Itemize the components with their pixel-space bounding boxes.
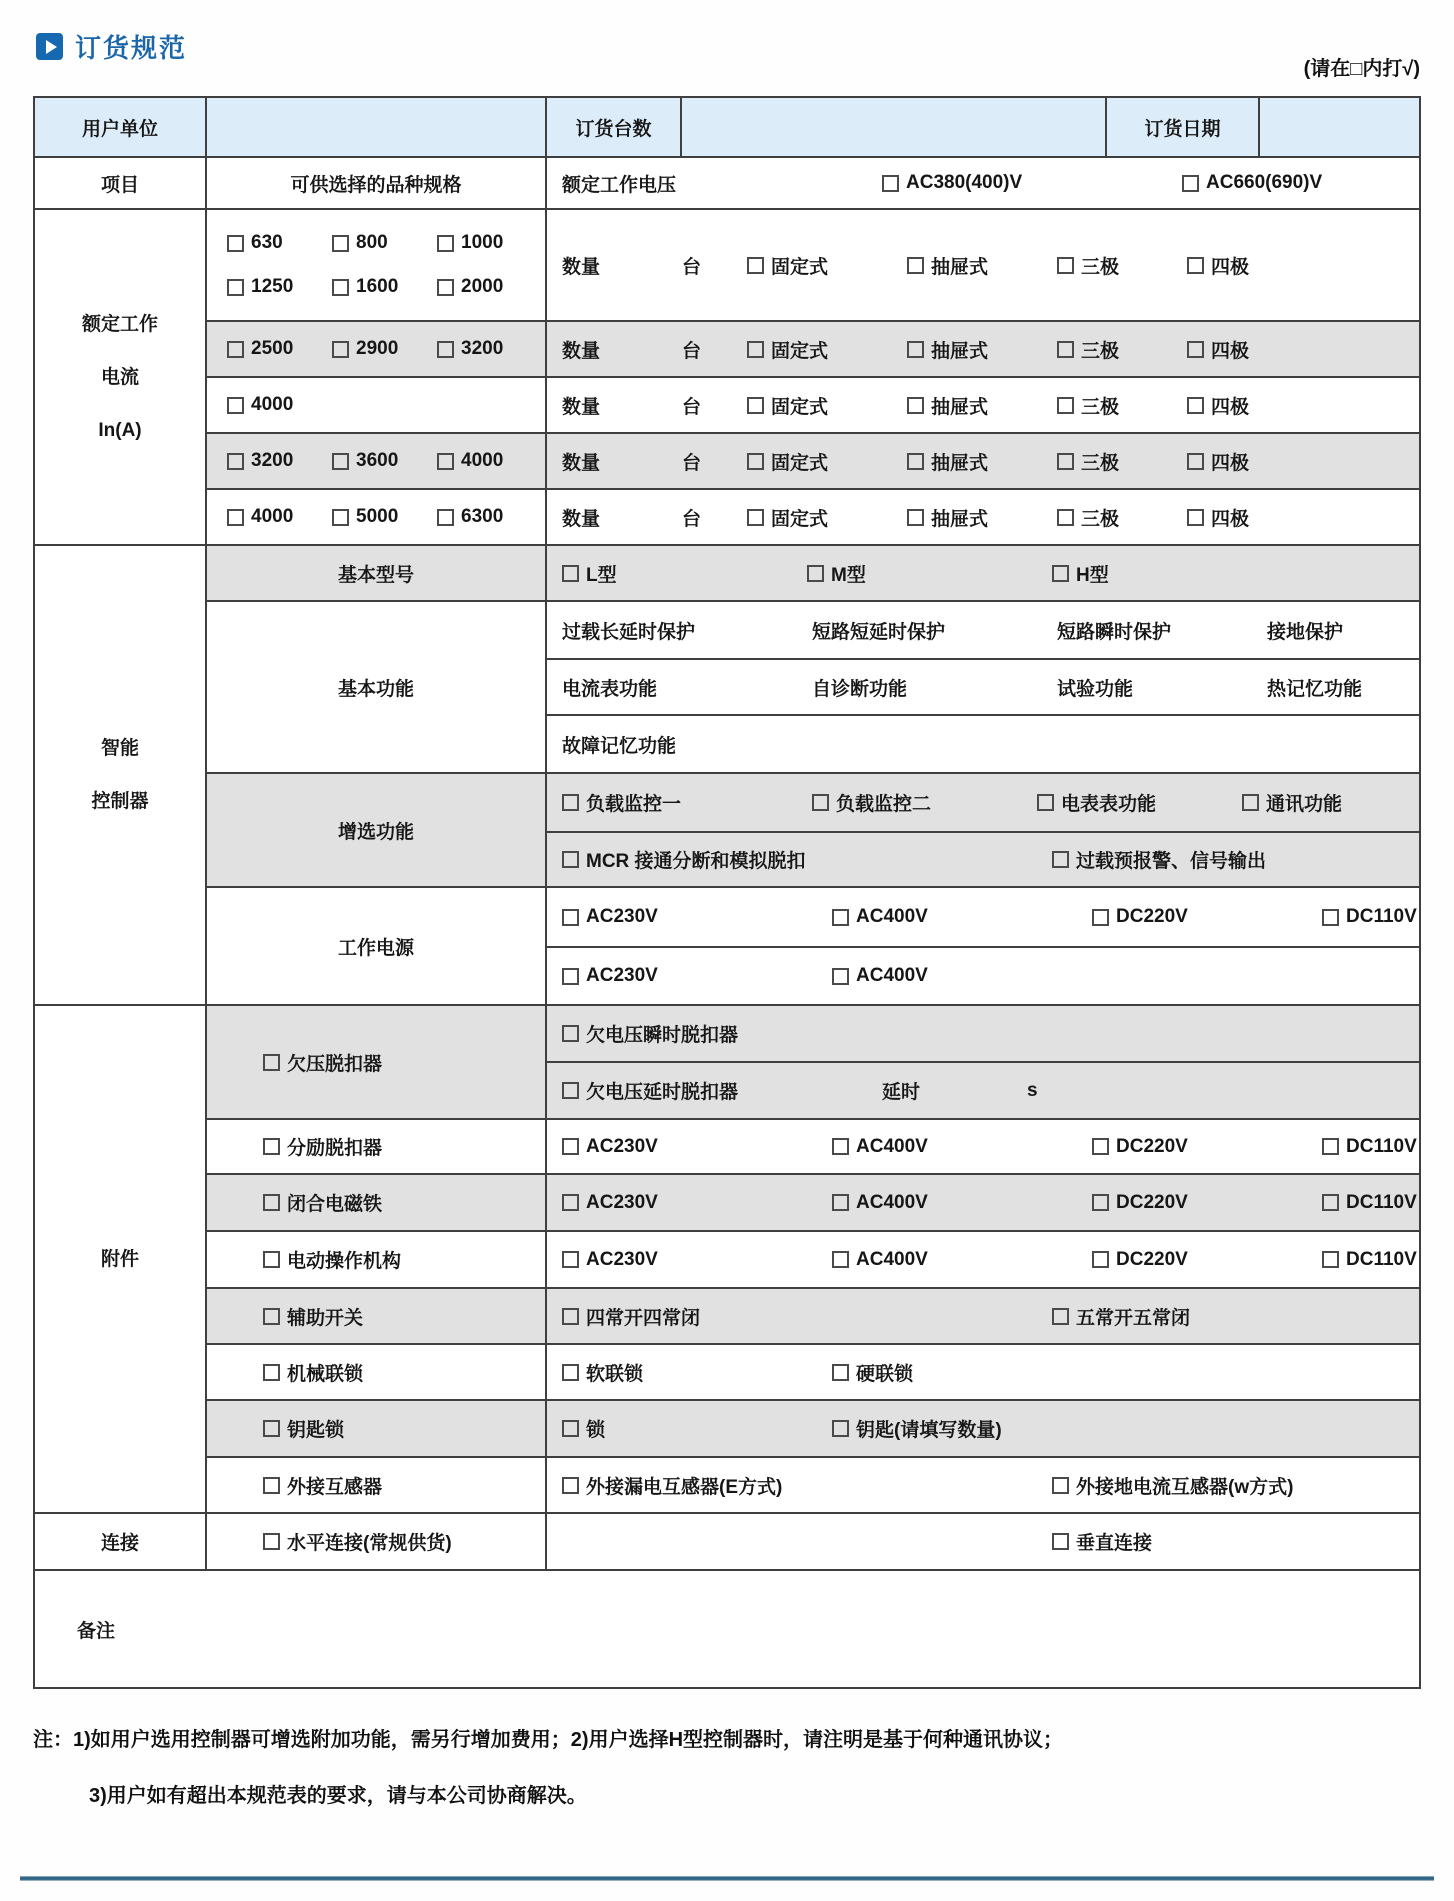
- checkbox-three-pole[interactable]: 三极: [1057, 252, 1187, 279]
- checkbox-icon: [263, 1194, 280, 1211]
- connection-label: 连接: [35, 1514, 207, 1569]
- checkbox-horizontal-connection[interactable]: 水平连接(常规供货): [263, 1528, 452, 1555]
- unit-label: 台: [682, 504, 747, 531]
- checkbox-label: 外接地电流互感器(w方式): [1076, 1472, 1293, 1499]
- checkbox-4000a[interactable]: 4000: [437, 450, 542, 472]
- checkbox-label: 外接漏电互感器(E方式): [586, 1472, 782, 1499]
- checkbox-label: AC400V: [856, 965, 928, 987]
- current-ratings-cell: 2500 2900 3200: [207, 322, 547, 376]
- checkbox-label: MCR 接通分断和模拟脱扣: [586, 846, 806, 873]
- checkbox-icon: [1187, 397, 1204, 414]
- checkbox-drawer-type[interactable]: 抽屉式: [907, 336, 1057, 363]
- checkbox-key-with-qty[interactable]: 钥匙(请填写数量): [832, 1415, 1419, 1442]
- current-config-cell: 数量 台 固定式 抽屉式 三极 四极: [547, 490, 1419, 544]
- checkbox-fixed-type[interactable]: 固定式: [747, 336, 907, 363]
- external-ct-row: 外接互感器 外接漏电互感器(E方式) 外接地电流互感器(w方式): [207, 1456, 1419, 1512]
- checkbox-icon: [227, 509, 244, 526]
- checkbox-icon: [1322, 909, 1339, 926]
- checkbox-1600a[interactable]: 1600: [332, 276, 437, 298]
- smart-controller-label-line: 智能: [101, 722, 139, 775]
- qty-label: 数量: [562, 336, 628, 363]
- qty-label: 数量: [562, 392, 628, 419]
- function-item: 短路瞬时保护: [1057, 617, 1267, 644]
- qty-label: 数量: [562, 448, 628, 475]
- checkbox-icon: [562, 1420, 579, 1437]
- checkbox-icon: [747, 341, 764, 358]
- optional-functions-label: 增选功能: [207, 774, 547, 886]
- checkbox-label: 固定式: [771, 336, 828, 363]
- checkbox-soft-interlock[interactable]: 软联锁: [562, 1359, 832, 1386]
- function-item: 热记忆功能: [1267, 674, 1419, 701]
- checkbox-ac230v[interactable]: AC230V: [562, 1192, 832, 1214]
- checkbox-icon: [1322, 1138, 1339, 1155]
- checkbox-icon: [1057, 453, 1074, 470]
- remark-label: 备注: [35, 1616, 115, 1643]
- checkbox-label: 固定式: [771, 392, 828, 419]
- external-ct-options: 外接漏电互感器(E方式) 外接地电流互感器(w方式): [547, 1458, 1419, 1512]
- checkbox-drawer-type[interactable]: 抽屉式: [907, 392, 1057, 419]
- checkbox-overload-prealarm[interactable]: 过载预报警、信号输出: [1052, 846, 1419, 873]
- user-unit-label: 用户单位: [35, 98, 207, 156]
- page: 订货规范 (请在□内打√) 用户单位 订货台数 订货日期 项目 可供选择的品种规…: [0, 0, 1454, 1901]
- checkbox-icon: [562, 565, 579, 582]
- qty-input-area[interactable]: [628, 210, 682, 320]
- checkbox-icon: [227, 341, 244, 358]
- checkbox-icon: [562, 1251, 579, 1268]
- current-config-cell: 数量 台 固定式 抽屉式 三极 四极: [547, 322, 1419, 376]
- shunt-release-row: 分励脱扣器 AC230V AC400V DC220V DC110V: [207, 1118, 1419, 1173]
- checkbox-label: 5000: [356, 506, 398, 528]
- checkbox-label: 四极: [1211, 336, 1249, 363]
- checkbox-ac400v[interactable]: AC400V: [832, 1249, 1092, 1271]
- closing-magnet-cell: 闭合电磁铁: [207, 1175, 547, 1230]
- optional-functions-row: 负载监控一 负载监控二 电表表功能 通讯功能: [547, 774, 1419, 831]
- checkbox-label: 800: [356, 232, 388, 254]
- checkbox-three-pole[interactable]: 三极: [1057, 392, 1187, 419]
- checkbox-icon: [747, 257, 764, 274]
- checkbox-label: AC380(400)V: [906, 172, 1022, 194]
- checkbox-label: 欠电压瞬时脱扣器: [586, 1020, 738, 1047]
- checkbox-5no5nc[interactable]: 五常开五常闭: [1052, 1303, 1419, 1330]
- checkbox-icon: [227, 235, 244, 252]
- checkbox-dc220v[interactable]: DC220V: [1092, 1192, 1322, 1214]
- checkbox-communication-function[interactable]: 通讯功能: [1242, 789, 1419, 816]
- checkbox-2500a[interactable]: 2500: [227, 338, 332, 360]
- motor-operator-row: 电动操作机构 AC230V AC400V DC220V DC110V: [207, 1230, 1419, 1287]
- checkbox-dc110v[interactable]: DC110V: [1322, 1249, 1419, 1271]
- aux-switch-options: 四常开四常闭 五常开五常闭: [547, 1289, 1419, 1343]
- checkbox-icon: [562, 1082, 579, 1099]
- checkbox-fixed-type[interactable]: 固定式: [747, 448, 907, 475]
- order-qty-input-cell[interactable]: [682, 98, 1107, 156]
- checkbox-fixed-type[interactable]: 固定式: [747, 392, 907, 419]
- checkbox-label: 四常开四常闭: [586, 1303, 700, 1330]
- rated-voltage-cell: 额定工作电压 AC380(400)V AC660(690)V: [547, 158, 1419, 208]
- checkbox-icon: [747, 397, 764, 414]
- checkbox-ac400v[interactable]: AC400V: [832, 906, 1092, 928]
- checkbox-label: L型: [586, 560, 617, 587]
- working-power-row: AC230V AC400V: [547, 946, 1419, 1004]
- checkbox-icon: [562, 1194, 579, 1211]
- undervoltage-subsection: 欠压脱扣器 欠电压瞬时脱扣器 欠电压延时脱扣器 延时 s: [207, 1006, 1419, 1118]
- checkbox-label: 钥匙锁: [287, 1415, 344, 1442]
- shunt-voltage-options: AC230V AC400V DC220V DC110V: [547, 1120, 1419, 1173]
- checkbox-3600a[interactable]: 3600: [332, 450, 437, 472]
- checkbox-icon: [832, 1194, 849, 1211]
- checkbox-icon: [263, 1364, 280, 1381]
- checkbox-drawer-type[interactable]: 抽屉式: [907, 252, 1057, 279]
- checkbox-icon: [832, 909, 849, 926]
- current-row: 630 800 1000 1250 1600 2000 数量 台: [207, 210, 1419, 320]
- footnotes: 注：1)如用户选用控制器可增选附加功能，需另行增加费用；2)用户选择H型控制器时…: [33, 1712, 1063, 1824]
- checkbox-fixed-type[interactable]: 固定式: [747, 252, 907, 279]
- checkbox-ac230v[interactable]: AC230V: [562, 1249, 832, 1271]
- checkbox-4000a[interactable]: 4000: [227, 506, 332, 528]
- mechanical-interlock-row: 机械联锁 软联锁 硬联锁: [207, 1343, 1419, 1399]
- rated-current-label-line: 额定工作: [82, 298, 158, 351]
- key-lock-row: 钥匙锁 锁 钥匙(请填写数量): [207, 1399, 1419, 1456]
- checkbox-four-pole[interactable]: 四极: [1187, 448, 1419, 475]
- checkbox-2900a[interactable]: 2900: [332, 338, 437, 360]
- checkbox-motor-operator[interactable]: 电动操作机构: [263, 1246, 401, 1273]
- checkbox-label: AC660(690)V: [1206, 172, 1322, 194]
- checkbox-4no4nc[interactable]: 四常开四常闭: [562, 1303, 1052, 1330]
- checkbox-icon: [1092, 909, 1109, 926]
- checkbox-label: 垂直连接: [1076, 1528, 1152, 1555]
- checkbox-load-monitor-1[interactable]: 负载监控一: [562, 789, 812, 816]
- checkbox-icon: [263, 1054, 280, 1071]
- spec-label: 可供选择的品种规格: [207, 158, 547, 208]
- checkbox-icon: [437, 509, 454, 526]
- checkbox-icon: [263, 1138, 280, 1155]
- checkbox-four-pole[interactable]: 四极: [1187, 392, 1419, 419]
- checkbox-icon: [907, 453, 924, 470]
- checkbox-label: 四极: [1211, 504, 1249, 531]
- checkbox-meter-function[interactable]: 电表表功能: [1037, 789, 1242, 816]
- current-ratings-cell: 3200 3600 4000: [207, 434, 547, 488]
- checkbox-3200a[interactable]: 3200: [227, 450, 332, 472]
- accessories-label-line: 附件: [101, 1233, 139, 1286]
- checkbox-label: 4000: [461, 450, 503, 472]
- checkbox-ac400v[interactable]: AC400V: [832, 1136, 1092, 1158]
- checkbox-label: DC110V: [1346, 1136, 1417, 1158]
- order-date-input-cell[interactable]: [1260, 98, 1419, 156]
- checkbox-three-pole[interactable]: 三极: [1057, 336, 1187, 363]
- footnote-line-1: 注：1)如用户选用控制器可增选附加功能，需另行增加费用；2)用户选择H型控制器时…: [33, 1712, 1063, 1768]
- item-label: 项目: [35, 158, 207, 208]
- checkbox-drawer-type[interactable]: 抽屉式: [907, 448, 1057, 475]
- qty-input-area[interactable]: [628, 378, 682, 432]
- checkbox-icon: [263, 1251, 280, 1268]
- checkbox-4000a[interactable]: 4000: [227, 394, 332, 416]
- optional-functions-row: MCR 接通分断和模拟脱扣 过载预报警、信号输出: [547, 831, 1419, 886]
- checkbox-label: DC220V: [1116, 1192, 1188, 1214]
- current-row: 4000 数量 台 固定式 抽屉式 三极 四极: [207, 376, 1419, 432]
- footnote-line-2: 3)用户如有超出本规范表的要求，请与本公司协商解决。: [33, 1768, 1063, 1824]
- checkbox-label: DC110V: [1346, 1249, 1417, 1271]
- checkbox-label: 3200: [461, 338, 503, 360]
- checkbox-label: AC230V: [586, 906, 658, 928]
- checkbox-label: 负载监控二: [836, 789, 931, 816]
- checkbox-label: 1250: [251, 276, 293, 298]
- basic-functions-subsection: 基本功能 过载长延时保护 短路短延时保护 短路瞬时保护 接地保护 电流表功能 自…: [207, 600, 1419, 772]
- current-config-cell: 数量 台 固定式 抽屉式 三极 四极: [547, 378, 1419, 432]
- checkbox-icon: [907, 257, 924, 274]
- accessories-section: 附件 欠压脱扣器 欠电压瞬时脱扣器 欠电压延时脱扣器 延时: [35, 1004, 1419, 1512]
- checkbox-ac660-690v[interactable]: AC660(690)V: [1182, 172, 1419, 194]
- checkbox-label: AC230V: [586, 1136, 658, 1158]
- checkbox-label: AC400V: [856, 1192, 928, 1214]
- checkbox-dc220v[interactable]: DC220V: [1092, 1136, 1322, 1158]
- basic-model-label: 基本型号: [207, 546, 547, 600]
- checkbox-icon: [332, 341, 349, 358]
- checkbox-undervoltage-release[interactable]: 欠压脱扣器: [263, 1049, 382, 1076]
- checkbox-mcr-function[interactable]: MCR 接通分断和模拟脱扣: [562, 846, 1052, 873]
- checkbox-label: 三极: [1081, 252, 1119, 279]
- checkbox-icon: [227, 453, 244, 470]
- checkbox-ac400v[interactable]: AC400V: [832, 1192, 1092, 1214]
- checkbox-label: 欠压脱扣器: [287, 1049, 382, 1076]
- checkbox-dc220v[interactable]: DC220V: [1092, 906, 1322, 928]
- checkbox-icon: [263, 1533, 280, 1550]
- checkbox-three-pole[interactable]: 三极: [1057, 504, 1187, 531]
- checkbox-label: 1000: [461, 232, 503, 254]
- unit-label: 台: [682, 392, 747, 419]
- qty-input-area[interactable]: [628, 434, 682, 488]
- checkbox-external-ct[interactable]: 外接互感器: [263, 1472, 382, 1499]
- checkbox-label: DC110V: [1346, 906, 1417, 928]
- checkbox-label: 分励脱扣器: [287, 1133, 382, 1160]
- current-ratings-cell: 4000 5000 6300: [207, 490, 547, 544]
- basic-model-options: L型 M型 H型: [547, 546, 1419, 600]
- checkbox-label: 闭合电磁铁: [287, 1189, 382, 1216]
- checkbox-label: 辅助开关: [287, 1303, 363, 1330]
- checkbox-four-pole[interactable]: 四极: [1187, 252, 1419, 279]
- checkbox-icon: [1052, 565, 1069, 582]
- aux-switch-cell: 辅助开关: [207, 1289, 547, 1343]
- checkbox-2000a[interactable]: 2000: [437, 276, 542, 298]
- checkbox-label: 抽屉式: [931, 504, 988, 531]
- play-triangle-icon: [46, 40, 57, 54]
- checkbox-800a[interactable]: 800: [332, 232, 437, 254]
- checkbox-leakage-ct-e[interactable]: 外接漏电互感器(E方式): [562, 1472, 1052, 1499]
- checkbox-icon: [1322, 1194, 1339, 1211]
- checkbox-icon: [332, 235, 349, 252]
- unit-label: 台: [682, 252, 747, 279]
- checkbox-drawer-type[interactable]: 抽屉式: [907, 504, 1057, 531]
- checkbox-icon: [1052, 1308, 1069, 1325]
- checkbox-key-lock[interactable]: 钥匙锁: [263, 1415, 344, 1442]
- working-power-subsection: 工作电源 AC230V AC400V DC220V DC110V AC230V …: [207, 886, 1419, 1004]
- checkbox-undervoltage-instantaneous[interactable]: 欠电压瞬时脱扣器: [562, 1020, 1052, 1047]
- checkbox-label: AC230V: [586, 1249, 658, 1271]
- checkbox-ac400v[interactable]: AC400V: [832, 965, 1092, 987]
- checkbox-undervoltage-delay[interactable]: 欠电压延时脱扣器: [562, 1077, 882, 1104]
- smart-controller-label: 智能 控制器: [35, 546, 207, 1004]
- checkbox-vertical-connection[interactable]: 垂直连接: [1052, 1528, 1152, 1555]
- checkbox-three-pole[interactable]: 三极: [1057, 448, 1187, 475]
- checkbox-label: AC400V: [856, 906, 928, 928]
- checkbox-630a[interactable]: 630: [227, 232, 332, 254]
- shunt-release-cell: 分励脱扣器: [207, 1120, 547, 1173]
- checkbox-ac230v[interactable]: AC230V: [562, 965, 832, 987]
- checkbox-shunt-release[interactable]: 分励脱扣器: [263, 1133, 382, 1160]
- checkbox-load-monitor-2[interactable]: 负载监控二: [812, 789, 1037, 816]
- checkbox-ac380-400v[interactable]: AC380(400)V: [882, 172, 1182, 194]
- basic-functions-label: 基本功能: [207, 602, 547, 772]
- order-form-table: 用户单位 订货台数 订货日期 项目 可供选择的品种规格 额定工作电压 AC380…: [33, 96, 1421, 1689]
- checkbox-label: 负载监控一: [586, 789, 681, 816]
- checkbox-1250a[interactable]: 1250: [227, 276, 332, 298]
- qty-input-area[interactable]: [628, 322, 682, 376]
- checkbox-icon: [562, 1477, 579, 1494]
- checkbox-four-pole[interactable]: 四极: [1187, 336, 1419, 363]
- checkbox-icon: [1052, 1477, 1069, 1494]
- checkbox-label: 钥匙(请填写数量): [856, 1415, 1002, 1442]
- checkbox-fixed-type[interactable]: 固定式: [747, 504, 907, 531]
- checkbox-icon: [907, 397, 924, 414]
- checkbox-icon: [562, 1025, 579, 1042]
- qty-label: 数量: [562, 504, 628, 531]
- checkbox-icon: [437, 453, 454, 470]
- checkbox-icon: [1092, 1138, 1109, 1155]
- basic-functions-row: 电流表功能 自诊断功能 试验功能 热记忆功能: [547, 658, 1419, 714]
- checkbox-icon: [263, 1477, 280, 1494]
- checkbox-icon: [437, 279, 454, 296]
- rated-voltage-label: 额定工作电压: [562, 170, 882, 197]
- key-lock-cell: 钥匙锁: [207, 1401, 547, 1456]
- remark-input-area[interactable]: [115, 1571, 1419, 1687]
- checkbox-3200a[interactable]: 3200: [437, 338, 542, 360]
- accessories-label: 附件: [35, 1006, 207, 1512]
- vertical-connection-cell: 垂直连接: [547, 1514, 1419, 1569]
- checkbox-icon: [1092, 1251, 1109, 1268]
- checkbox-ac230v[interactable]: AC230V: [562, 906, 832, 928]
- current-config-cell: 数量 台 固定式 抽屉式 三极 四极: [547, 434, 1419, 488]
- checkbox-icon: [1037, 794, 1054, 811]
- user-unit-input-cell[interactable]: [207, 98, 547, 156]
- checkbox-icon: [1322, 1251, 1339, 1268]
- undervoltage-row: 欠电压瞬时脱扣器: [547, 1006, 1419, 1061]
- checkbox-label: AC400V: [856, 1136, 928, 1158]
- checkbox-icon: [332, 279, 349, 296]
- checkbox-aux-switch[interactable]: 辅助开关: [263, 1303, 363, 1330]
- qty-input-area[interactable]: [628, 490, 682, 544]
- checkbox-lock[interactable]: 锁: [562, 1415, 832, 1442]
- title-bar: 订货规范: [36, 28, 187, 65]
- checkbox-icon: [832, 1138, 849, 1155]
- checkbox-ground-ct-w[interactable]: 外接地电流互感器(w方式): [1052, 1472, 1419, 1499]
- checkbox-icon: [832, 1364, 849, 1381]
- checkbox-dc110v[interactable]: DC110V: [1322, 906, 1419, 928]
- checkbox-h-type[interactable]: H型: [1052, 560, 1419, 587]
- checkbox-label: 锁: [586, 1415, 605, 1442]
- checkbox-icon: [1187, 257, 1204, 274]
- tick-instruction: (请在□内打√): [1304, 52, 1420, 81]
- checkbox-label: 1600: [356, 276, 398, 298]
- motor-operator-cell: 电动操作机构: [207, 1232, 547, 1287]
- checkbox-icon: [437, 235, 454, 252]
- checkbox-label: 三极: [1081, 392, 1119, 419]
- checkbox-l-type[interactable]: L型: [562, 560, 807, 587]
- checkbox-icon: [832, 968, 849, 985]
- checkbox-dc110v[interactable]: DC110V: [1322, 1192, 1419, 1214]
- checkbox-icon: [1057, 509, 1074, 526]
- function-item: 过载长延时保护: [562, 617, 812, 644]
- checkbox-label: AC230V: [586, 1192, 658, 1214]
- section-marker-icon: [36, 33, 63, 60]
- checkbox-1000a[interactable]: 1000: [437, 232, 542, 254]
- checkbox-label: DC220V: [1116, 1249, 1188, 1271]
- checkbox-label: H型: [1076, 560, 1109, 587]
- checkbox-icon: [1057, 341, 1074, 358]
- basic-functions-row: 过载长延时保护 短路短延时保护 短路瞬时保护 接地保护: [547, 602, 1419, 658]
- current-ratings-cell: 630 800 1000 1250 1600 2000: [207, 210, 547, 320]
- checkbox-mechanical-interlock[interactable]: 机械联锁: [263, 1359, 363, 1386]
- checkbox-icon: [562, 794, 579, 811]
- checkbox-label: 软联锁: [586, 1359, 643, 1386]
- checkbox-icon: [562, 909, 579, 926]
- checkbox-icon: [907, 509, 924, 526]
- checkbox-dc110v[interactable]: DC110V: [1322, 1136, 1419, 1158]
- connection-row: 连接 水平连接(常规供货) 垂直连接: [35, 1512, 1419, 1569]
- checkbox-label: 6300: [461, 506, 503, 528]
- header-row: 用户单位 订货台数 订货日期: [35, 98, 1419, 156]
- remark-row: 备注: [35, 1569, 1419, 1687]
- external-ct-cell: 外接互感器: [207, 1458, 547, 1512]
- checkbox-m-type[interactable]: M型: [807, 560, 1052, 587]
- checkbox-label: 3600: [356, 450, 398, 472]
- checkbox-icon: [1057, 397, 1074, 414]
- basic-functions-row: 故障记忆功能: [547, 714, 1419, 772]
- checkbox-label: 水平连接(常规供货): [287, 1528, 452, 1555]
- checkbox-icon: [437, 341, 454, 358]
- rated-current-label-line: In(A): [98, 404, 141, 457]
- checkbox-label: 四极: [1211, 448, 1249, 475]
- checkbox-icon: [1187, 509, 1204, 526]
- checkbox-icon: [227, 397, 244, 414]
- checkbox-label: 抽屉式: [931, 448, 988, 475]
- delay-unit-label: s: [1027, 1080, 1419, 1102]
- bottom-rule: [20, 1876, 1434, 1881]
- checkbox-5000a[interactable]: 5000: [332, 506, 437, 528]
- function-item: 电流表功能: [562, 674, 812, 701]
- optional-functions-subsection: 增选功能 负载监控一 负载监控二 电表表功能 通讯功能 MCR 接通分断和模拟脱…: [207, 772, 1419, 886]
- checkbox-label: 通讯功能: [1266, 789, 1342, 816]
- smart-controller-section: 智能 控制器 基本型号 L型 M型 H型 基本功能: [35, 544, 1419, 1004]
- checkbox-icon: [562, 1364, 579, 1381]
- checkbox-four-pole[interactable]: 四极: [1187, 504, 1419, 531]
- checkbox-label: 三极: [1081, 504, 1119, 531]
- checkbox-label: DC110V: [1346, 1192, 1417, 1214]
- order-date-label: 订货日期: [1107, 98, 1260, 156]
- horizontal-connection-cell: 水平连接(常规供货): [207, 1514, 547, 1569]
- checkbox-icon: [1187, 341, 1204, 358]
- checkbox-closing-electromagnet[interactable]: 闭合电磁铁: [263, 1189, 382, 1216]
- checkbox-6300a[interactable]: 6300: [437, 506, 542, 528]
- checkbox-icon: [1242, 794, 1259, 811]
- checkbox-label: 630: [251, 232, 283, 254]
- unit-label: 台: [682, 336, 747, 363]
- function-item: 自诊断功能: [812, 674, 1057, 701]
- checkbox-icon: [562, 968, 579, 985]
- checkbox-ac230v[interactable]: AC230V: [562, 1136, 832, 1158]
- checkbox-hard-interlock[interactable]: 硬联锁: [832, 1359, 1419, 1386]
- checkbox-icon: [562, 851, 579, 868]
- checkbox-icon: [332, 453, 349, 470]
- rated-current-label-line: 电流: [101, 351, 139, 404]
- checkbox-dc220v[interactable]: DC220V: [1092, 1249, 1322, 1271]
